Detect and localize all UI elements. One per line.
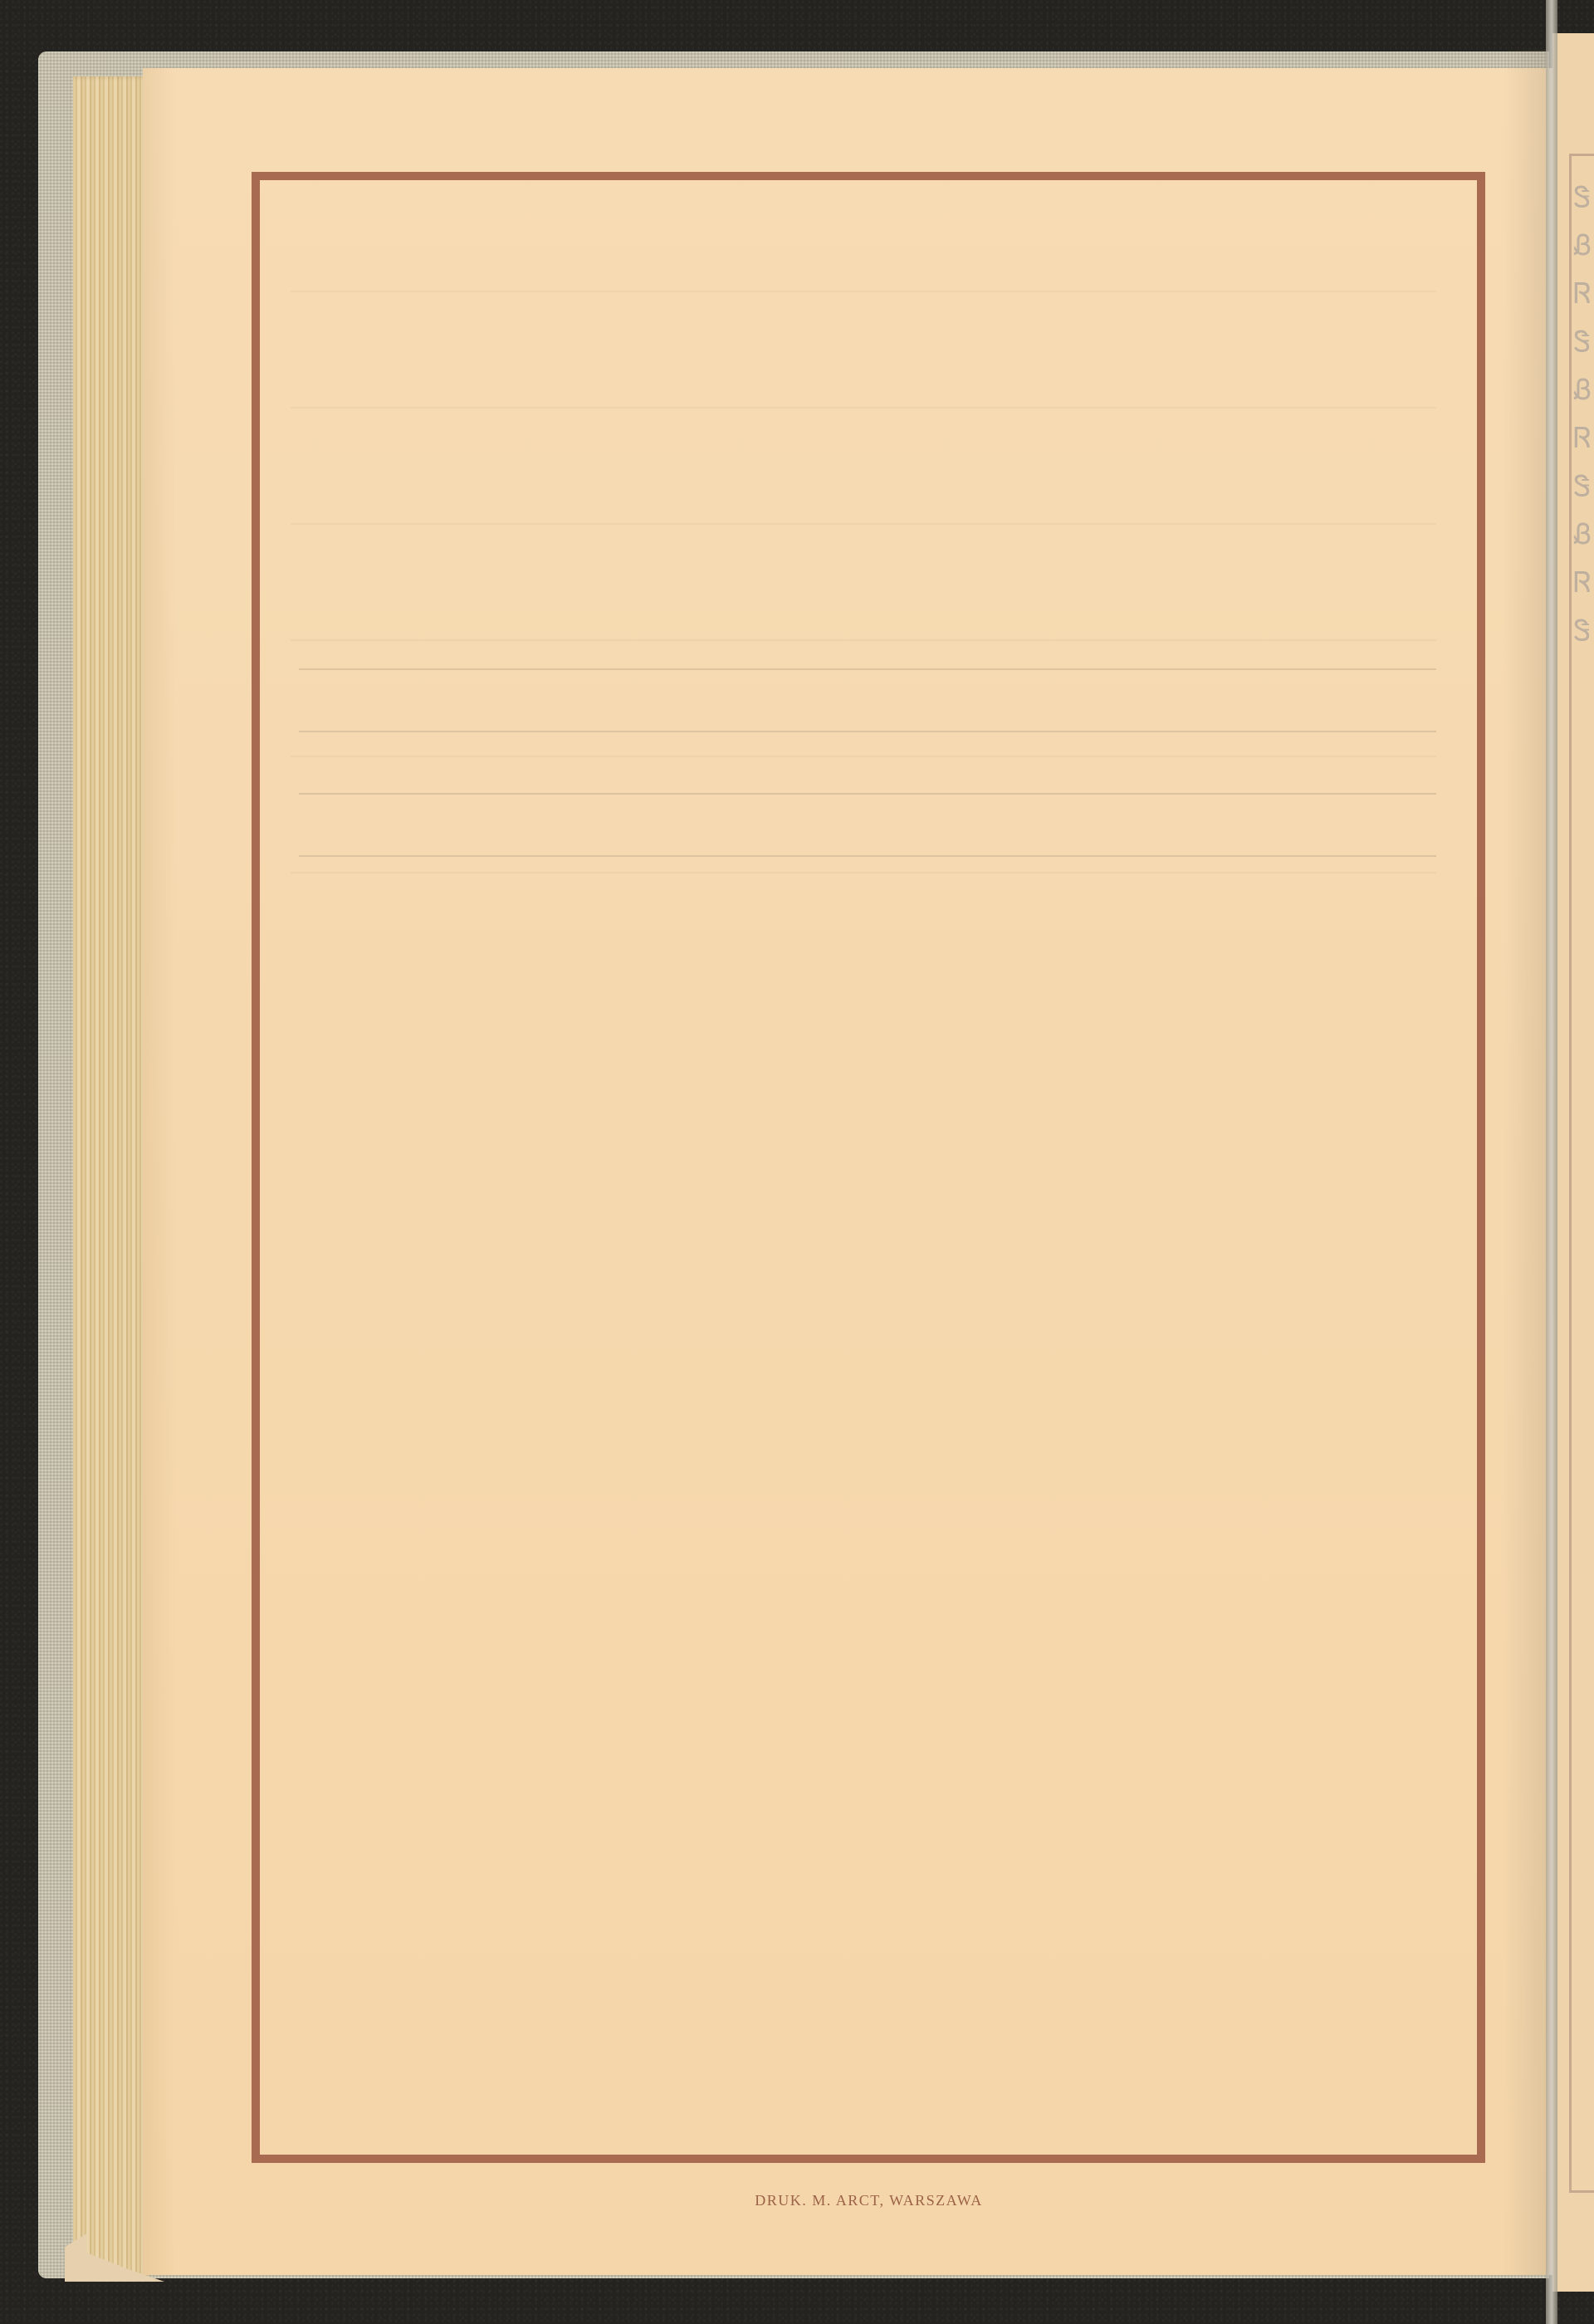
page-gutter-shadow bbox=[1503, 50, 1548, 2275]
page-edge-stack bbox=[73, 76, 148, 2277]
decorative-page-frame bbox=[252, 172, 1485, 2163]
glass-holder-strip bbox=[1546, 0, 1557, 2324]
adjacent-page-ornament: ᏕᏰᏒᏕᏰᏒᏕᏰᏒᏕ bbox=[1573, 174, 1594, 656]
printer-imprint: DRUK. M. ARCT, WARSZAWA bbox=[0, 2193, 1594, 2208]
